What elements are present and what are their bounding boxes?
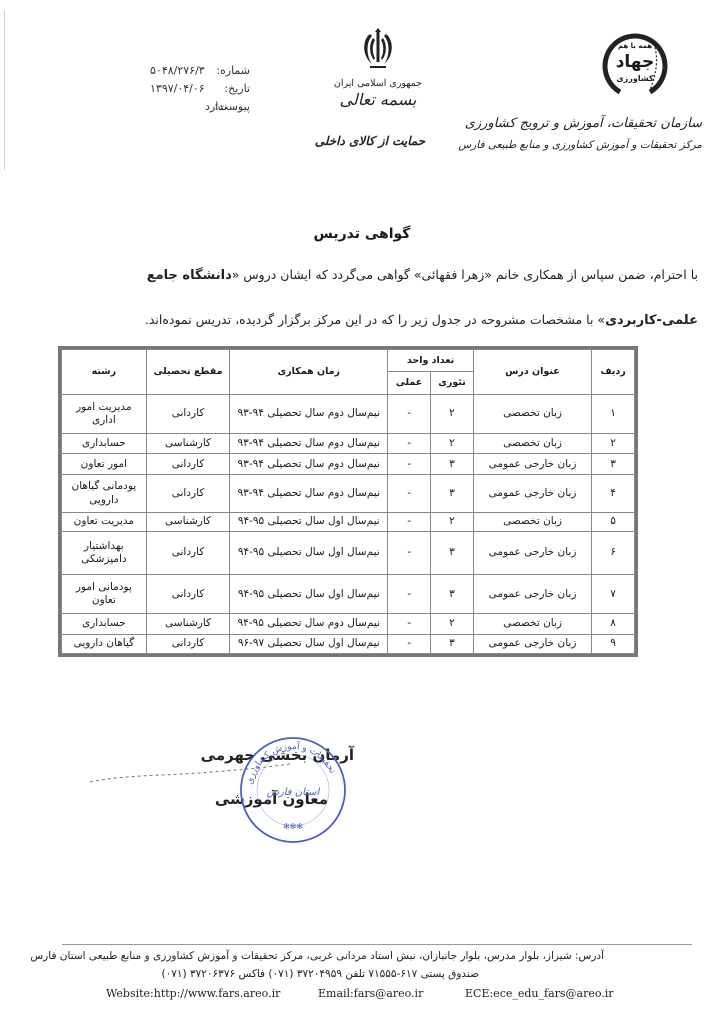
cell-row-number: ۴ [592,475,635,513]
cell-row-number: ۳ [592,453,635,474]
courses-table: ردیف عنوان درس تعداد واحد زمان همکاری مق… [58,346,638,657]
cell-time: نیم‌سال اول سال تحصیلی ۹۵-۹۴ [230,512,388,531]
iran-emblem-icon [358,26,398,74]
cell-theory: ۲ [431,433,474,453]
cell-course: زبان تخصصی [473,395,591,434]
cell-theory: ۳ [431,574,474,614]
cell-course: زبان تخصصی [473,614,591,634]
cell-course: زبان تخصصی [473,433,591,453]
cell-row-number: ۶ [592,532,635,575]
date-value: ۱۳۹۷/۰۴/۰۶ [150,82,205,95]
cell-theory: ۳ [431,532,474,575]
cell-practical: - [388,475,431,513]
logo-main-text: جهاد [606,52,664,72]
cell-field: پودمانی گیاهان دارویی [62,475,147,513]
cell-degree: کاردانی [146,532,230,575]
body-text: با احترام، ضمن سپاس از همکاری خانم «زهرا… [232,267,698,282]
cell-course: زبان تخصصی [473,512,591,531]
table-row: ۴ زبان خارجی عمومی ۳ - نیم‌سال دوم سال ت… [62,475,635,513]
footer-email: Email:fars@areo.ir [318,987,423,1000]
header-practical: عملی [388,372,431,395]
cell-row-number: ۹ [592,634,635,653]
document-title: گواهی تدریس [0,226,724,242]
cell-theory: ۳ [431,475,474,513]
header-units: تعداد واحد [388,350,474,372]
cell-practical: - [388,532,431,575]
cell-field: مدیریت تعاون [62,512,147,531]
table-row: ۳ زبان خارجی عمومی ۳ - نیم‌سال دوم سال ت… [62,453,635,474]
table-row: ۹ زبان خارجی عمومی ۳ - نیم‌سال اول سال ت… [62,634,635,653]
cell-degree: کاردانی [146,475,230,513]
cell-row-number: ۱ [592,395,635,434]
cell-theory: ۳ [431,453,474,474]
cell-time: نیم‌سال دوم سال تحصیلی ۹۴-۹۳ [230,475,388,513]
cell-course: زبان خارجی عمومی [473,532,591,575]
cell-time: نیم‌سال اول سال تحصیلی ۹۵-۹۴ [230,532,388,575]
org-name: سازمان تحقیقات، آموزش و ترویج کشاورزی [465,116,702,131]
footer-website: Website:http://www.fars.areo.ir [106,987,280,1000]
slogan: حمایت از کالای داخلی [300,134,440,148]
cell-theory: ۲ [431,614,474,634]
cell-practical: - [388,614,431,634]
cell-field: بهداشتیار دامپزشکی [62,532,147,575]
cell-degree: کاردانی [146,453,230,474]
cell-theory: ۲ [431,395,474,434]
footer-divider [62,944,692,945]
cell-row-number: ۸ [592,614,635,634]
letter-date: تاریخ: ۱۳۹۷/۰۴/۰۶ [150,82,250,96]
cell-degree: کاردانی [146,395,230,434]
letter-number: شماره: ۵۰۴۸/۲۷۶/۳ [150,64,250,78]
table-row: ۱ زبان تخصصی ۲ - نیم‌سال دوم سال تحصیلی … [62,395,635,434]
table-row: ۵ زبان تخصصی ۲ - نیم‌سال اول سال تحصیلی … [62,512,635,531]
number-value: ۵۰۴۸/۲۷۶/۳ [150,64,205,77]
cell-practical: - [388,433,431,453]
body-text-continued: » با مشخصات مشروحه در جدول زیر را که در … [145,312,605,327]
cell-field: امور تعاون [62,453,147,474]
university-name-part2: علمی-کاربردی [605,313,698,328]
letter-attachment: پیوست: ندارد [150,100,250,114]
university-name-part1: دانشگاه جامع [147,268,232,283]
footer-contact: صندوق پستی ۶۱۷-۷۱۵۵۵ تلفن ۳۷۲۰۴۹۵۹ (۰۷۱)… [162,968,479,980]
footer-address: آدرس: شیراز، بلوار مدرس، بلوار جانبازان،… [30,950,604,962]
header-field: رشته [62,350,147,395]
cell-degree: کاردانی [146,634,230,653]
body-line-1: با احترام، ضمن سپاس از همکاری خانم «زهرا… [147,267,698,283]
cell-time: نیم‌سال دوم سال تحصیلی ۹۴-۹۳ [230,395,388,434]
cell-row-number: ۲ [592,433,635,453]
cell-row-number: ۵ [592,512,635,531]
date-label: تاریخ: [224,82,250,95]
cell-time: نیم‌سال اول سال تحصیلی ۹۷-۹۶ [230,634,388,653]
cell-practical: - [388,634,431,653]
cell-theory: ۲ [431,512,474,531]
cell-time: نیم‌سال دوم سال تحصیلی ۹۴-۹۳ [230,433,388,453]
cell-field: گیاهان دارویی [62,634,147,653]
center-name: مرکز تحقیقات و آموزش کشاورزی و منابع طبی… [458,139,702,151]
cell-time: نیم‌سال دوم سال تحصیلی ۹۴-۹۳ [230,453,388,474]
footer-ece: ECE:ece_edu_fars@areo.ir [465,987,614,1000]
svg-text:استان فارس: استان فارس [267,787,321,798]
table-row: ۲ زبان تخصصی ۲ - نیم‌سال دوم سال تحصیلی … [62,433,635,453]
cell-degree: کارشناسی [146,614,230,634]
cell-practical: - [388,453,431,474]
cell-degree: کاردانی [146,574,230,614]
svg-text:✻✻✻: ✻✻✻ [283,822,303,831]
attachment-value: ندارد [205,100,227,113]
body-line-2: علمی-کاربردی» با مشخصات مشروحه در جدول ز… [145,312,698,328]
cell-degree: کارشناسی [146,433,230,453]
official-stamp-icon: تحقیقات و آموزش کشاورزی استان فارس ✻✻✻ [238,735,348,845]
cell-time: نیم‌سال اول سال تحصیلی ۹۵-۹۴ [230,574,388,614]
header-theory: تئوری [431,372,474,395]
table-row: ۶ زبان خارجی عمومی ۳ - نیم‌سال اول سال ت… [62,532,635,575]
cell-theory: ۳ [431,634,474,653]
cell-course: زبان خارجی عمومی [473,453,591,474]
cell-row-number: ۷ [592,574,635,614]
header-row-number: ردیف [592,350,635,395]
header-course-title: عنوان درس [473,350,591,395]
cell-field: حسابداری [62,433,147,453]
logo-top-text: همه با هم [606,42,664,50]
logo-sub-text: کشاورزی [606,74,664,83]
cell-field: حسابداری [62,614,147,634]
cell-practical: - [388,395,431,434]
cell-practical: - [388,512,431,531]
cell-field: مدیریت امور اداری [62,395,147,434]
number-label: شماره: [216,64,250,77]
country-name: جمهوری اسلامی ایران [330,78,426,89]
cell-field: پودمانی امور تعاون [62,574,147,614]
cell-course: زبان خارجی عمومی [473,475,591,513]
cell-time: نیم‌سال دوم سال تحصیلی ۹۵-۹۴ [230,614,388,634]
cell-practical: - [388,574,431,614]
cell-course: زبان خارجی عمومی [473,634,591,653]
header-degree: مقطع تحصیلی [146,350,230,395]
cell-degree: کارشناسی [146,512,230,531]
table-row: ۸ زبان تخصصی ۲ - نیم‌سال دوم سال تحصیلی … [62,614,635,634]
cell-course: زبان خارجی عمومی [473,574,591,614]
invocation: بسمه تعالی [330,90,426,109]
header-time: زمان همکاری [230,350,388,395]
scan-edge [4,10,5,170]
table-row: ۷ زبان خارجی عمومی ۳ - نیم‌سال اول سال ت… [62,574,635,614]
